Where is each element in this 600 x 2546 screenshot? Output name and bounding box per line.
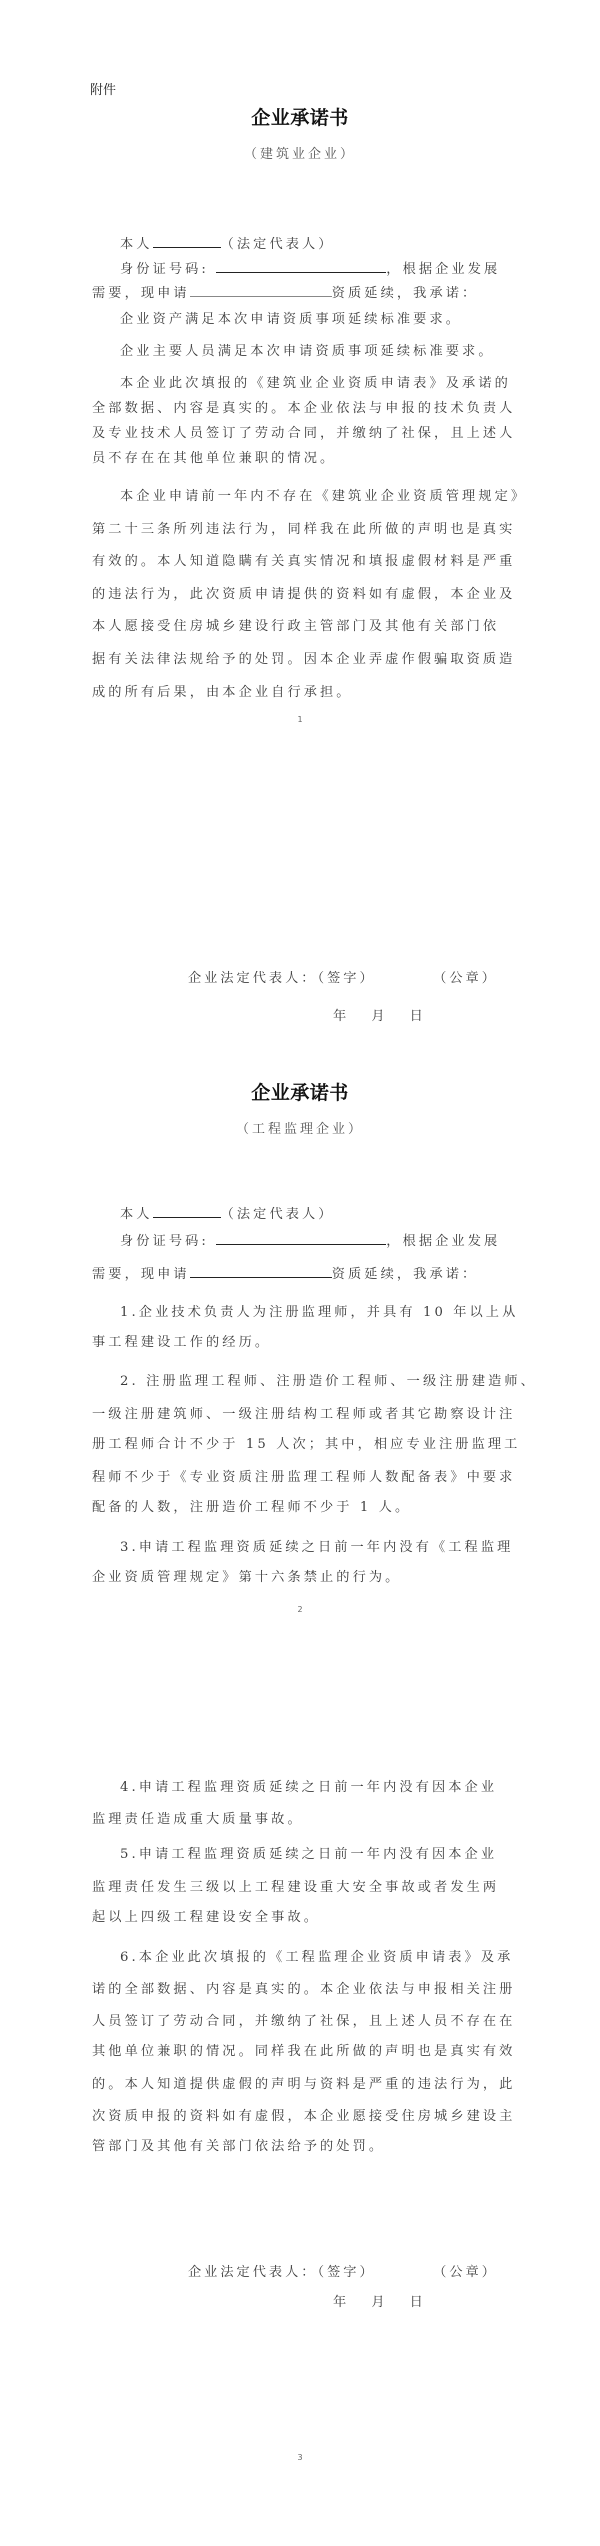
item-line: 其他单位兼职的情况。同样我在此所做的声明也是真实有效 bbox=[92, 2043, 512, 2061]
item-line: 监理责任造成重大质量事故。 bbox=[92, 1811, 512, 1829]
item-line: 人员签订了劳动合同，并缴纳了社保，且上述人员不存在在 bbox=[92, 2013, 512, 2031]
apply-suffix: 资质延续，我承诺： bbox=[332, 1267, 479, 1282]
id-number-label: 身份证号码: bbox=[120, 1234, 209, 1249]
item-line: 1.企业技术负责人为注册监理师，并具有 10 年以上从 bbox=[120, 1304, 540, 1322]
paragraph-assets: 企业资产满足本次申请资质事项延续标准要求。 bbox=[120, 311, 540, 329]
apply-line: 需要，现申请资质延续，我承诺： bbox=[92, 283, 512, 303]
signature-line: 企业法定代表人：（签字） （公章） bbox=[188, 2264, 498, 2282]
apply-prefix: 需要，现申请 bbox=[92, 286, 190, 301]
item-line: 册工程师合计不少于 15 人次；其中，相应专业注册监理工 bbox=[92, 1436, 512, 1454]
item-line: 诺的全部数据、内容是真实的。本企业依法与申报相关注册 bbox=[92, 1981, 512, 1999]
id-number-line: 身份证号码: ，根据企业发展 bbox=[120, 1231, 540, 1251]
item-line: 起以上四级工程建设安全事故。 bbox=[92, 1909, 512, 1927]
paragraph-line: 员不存在在其他单位兼职的情况。 bbox=[92, 450, 512, 468]
legal-rep-name-field[interactable] bbox=[153, 1204, 221, 1218]
apply-suffix: 资质延续，我承诺： bbox=[332, 286, 479, 301]
paragraph-line: 本企业此次填报的《建筑业企业资质申请表》及承诺的 bbox=[120, 375, 540, 393]
paragraph-line: 第二十三条所列违法行为，同样我在此所做的声明也是真实 bbox=[92, 521, 512, 539]
date-line: 年 月 日 bbox=[333, 1008, 423, 1026]
legal-rep-prefix: 本人 bbox=[120, 237, 153, 252]
item-line: 5.申请工程监理资质延续之日前一年内没有因本企业 bbox=[120, 1846, 540, 1864]
id-number-suffix: ，根据企业发展 bbox=[386, 1234, 500, 1249]
apply-line: 需要，现申请资质延续，我承诺： bbox=[92, 1264, 512, 1284]
legal-rep-line: 本人（法定代表人） bbox=[120, 1204, 540, 1224]
item-line: 一级注册建筑师、一级注册结构工程师或者其它勘察设计注 bbox=[92, 1406, 512, 1424]
legal-rep-prefix: 本人 bbox=[120, 1207, 153, 1222]
page-1-title: 企业承诺书 bbox=[0, 106, 600, 130]
qualification-field[interactable] bbox=[190, 283, 332, 297]
signature-line: 企业法定代表人：（签字） （公章） bbox=[188, 970, 498, 988]
legal-rep-suffix: （法定代表人） bbox=[221, 237, 335, 252]
item-line: 4.申请工程监理资质延续之日前一年内没有因本企业 bbox=[120, 1779, 540, 1797]
page-number: 2 bbox=[0, 1605, 600, 1615]
item-line: 监理责任发生三级以上工程建设重大安全事故或者发生两 bbox=[92, 1879, 512, 1897]
legal-rep-suffix: （法定代表人） bbox=[221, 1207, 335, 1222]
id-number-suffix: ，根据企业发展 bbox=[386, 262, 500, 277]
paragraph-line: 本人愿接受住房城乡建设行政主管部门及其他有关部门依 bbox=[92, 618, 512, 636]
item-line: 管部门及其他有关部门依法给予的处罚。 bbox=[92, 2138, 512, 2156]
page-2-subtitle: （工程监理企业） bbox=[0, 1121, 600, 1139]
paragraph-line: 成的所有后果，由本企业自行承担。 bbox=[92, 684, 512, 702]
paragraph-line: 据有关法律法规给予的处罚。因本企业弄虚作假骗取资质造 bbox=[92, 651, 512, 669]
qualification-field[interactable] bbox=[190, 1264, 332, 1278]
attachment-label: 附件 bbox=[90, 82, 116, 100]
item-line: 的。本人知道提供虚假的声明与资料是严重的违法行为，此 bbox=[92, 2076, 512, 2094]
item-line: 事工程建设工作的经历。 bbox=[92, 1334, 512, 1352]
item-line: 3.申请工程监理资质延续之日前一年内没有《工程监理 bbox=[120, 1539, 540, 1557]
page-number: 1 bbox=[0, 715, 600, 725]
paragraph-line: 及专业技术人员签订了劳动合同，并缴纳了社保，且上述人 bbox=[92, 425, 512, 443]
page-2-title: 企业承诺书 bbox=[0, 1081, 600, 1105]
id-number-label: 身份证号码: bbox=[120, 262, 209, 277]
paragraph-line: 全部数据、内容是真实的。本企业依法与申报的技术负责人 bbox=[92, 400, 512, 418]
item-line: 配备的人数，注册造价工程师不少于 1 人。 bbox=[92, 1499, 512, 1517]
item-line: 企业资质管理规定》第十六条禁止的行为。 bbox=[92, 1569, 512, 1587]
legal-rep-line: 本人（法定代表人） bbox=[120, 234, 540, 254]
item-line: 程师不少于《专业资质注册监理工程师人数配备表》中要求 bbox=[92, 1469, 512, 1487]
item-line: 6.本企业此次填报的《工程监理企业资质申请表》及承 bbox=[120, 1949, 540, 1967]
item-line: 2. 注册监理工程师、注册造价工程师、一级注册建造师、 bbox=[120, 1373, 540, 1391]
apply-prefix: 需要，现申请 bbox=[92, 1267, 190, 1282]
paragraph-line: 有效的。本人知道隐瞒有关真实情况和填报虚假材料是严重 bbox=[92, 553, 512, 571]
legal-rep-name-field[interactable] bbox=[153, 234, 221, 248]
id-number-field[interactable] bbox=[216, 259, 386, 273]
item-line: 次资质申报的资料如有虚假，本企业愿接受住房城乡建设主 bbox=[92, 2108, 512, 2126]
page-1-subtitle: （建筑业企业） bbox=[0, 146, 600, 164]
paragraph-line: 本企业申请前一年内不存在《建筑业企业资质管理规定》 bbox=[120, 488, 540, 506]
paragraph-personnel: 企业主要人员满足本次申请资质事项延续标准要求。 bbox=[120, 343, 540, 361]
id-number-line: 身份证号码: ，根据企业发展 bbox=[120, 259, 540, 279]
date-line: 年 月 日 bbox=[333, 2294, 423, 2312]
page-number: 3 bbox=[0, 2453, 600, 2463]
paragraph-line: 的违法行为，此次资质申请提供的资料如有虚假，本企业及 bbox=[92, 586, 512, 604]
id-number-field[interactable] bbox=[216, 1231, 386, 1245]
